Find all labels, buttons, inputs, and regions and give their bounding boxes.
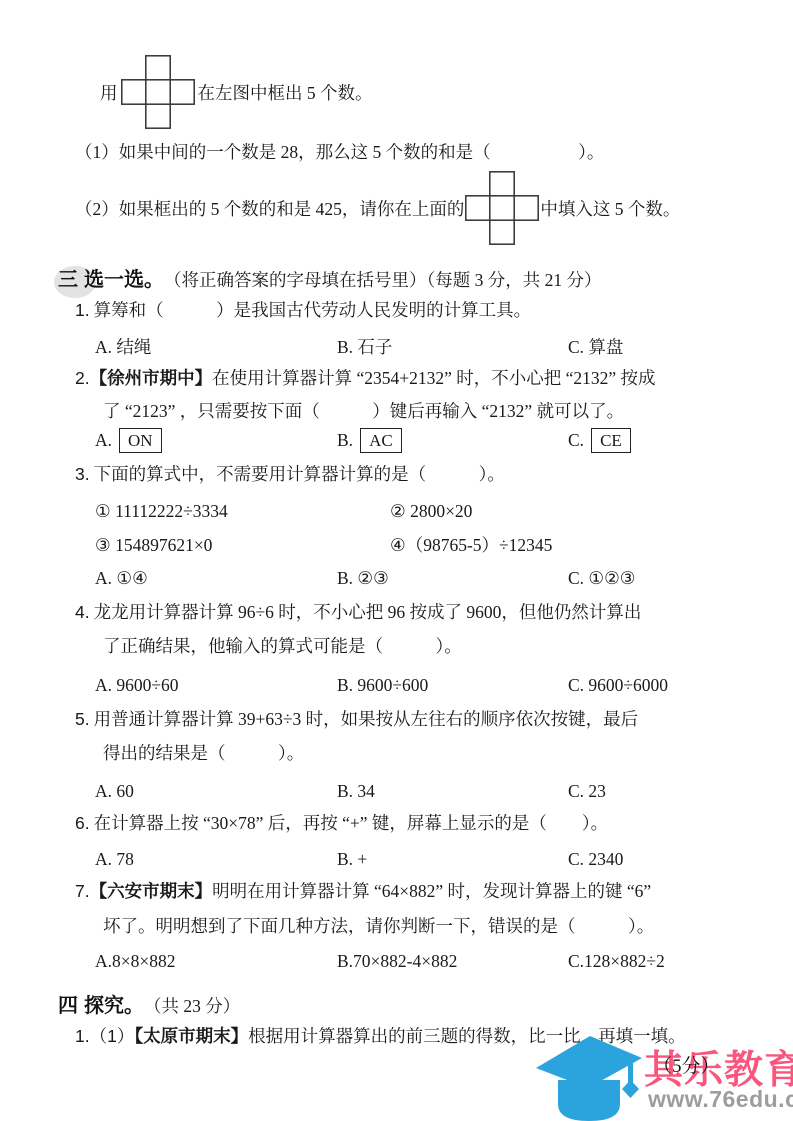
section-three-header: 三 选一选。 （将正确答案的字母填在括号里）（每题 3 分，共 21 分）	[58, 263, 602, 292]
question-5-options: A. 60 B. 34 C. 23	[95, 778, 775, 808]
question-6-text: 在计算器上按 “30×78” 后，再按 “+” 键，屏幕上显示的是（ ）。	[94, 813, 609, 833]
question-7-line-2: 坏了。明明想到了下面几种方法，请你判断一下，错误的是（ ）。	[103, 915, 654, 937]
question-3-number: 3.	[75, 464, 90, 484]
sub-question-1: （1）如果中间的一个数是 28，那么这 5 个数的和是（ ）。	[75, 141, 604, 163]
question-7-number: 7.	[75, 881, 90, 901]
option-c: C. 算盘	[568, 334, 623, 360]
option-b: B.70×882-4×882	[337, 948, 457, 974]
question-5-line-1: 5.用普通计算器计算 39+63÷3 时，如果按从左往右的顺序依次按键，最后	[75, 708, 638, 730]
option-c: C. ①②③	[568, 565, 636, 591]
question-6: 6.在计算器上按 “30×78” 后，再按 “+” 键，屏幕上显示的是（ ）。	[75, 812, 608, 834]
question-7-line-1: 7.【六安市期末】明明在用计算器计算 “64×882” 时，发现计算器上的键 “…	[75, 880, 651, 902]
option-a: A. 78	[95, 846, 134, 872]
explore-question-1-source-tag: 【太原市期末】	[134, 1026, 248, 1046]
option-b: B. AC	[337, 427, 402, 453]
question-2-line-2: 了 “2123” ，只需要按下面（ ）键后再输入 “2132” 就可以了。	[103, 400, 624, 422]
option-c: C.128×882÷2	[568, 948, 665, 974]
expression-2: ② 2800×20	[390, 498, 472, 524]
option-c: C. 23	[568, 778, 606, 804]
expression-1: ① 11112222÷3334	[95, 498, 228, 524]
section-note: （共 23 分）	[144, 993, 240, 1018]
option-b: B. ②③	[337, 565, 389, 591]
option-c-label: C.	[568, 427, 584, 453]
plus-frame-figure	[121, 55, 195, 129]
expression-3: ③ 154897621×0	[95, 532, 212, 558]
option-a: A. 结绳	[95, 334, 151, 360]
question-5-number: 5.	[75, 709, 90, 729]
option-a: A. 60	[95, 778, 134, 804]
calculator-key-ac: AC	[360, 428, 402, 453]
question-2-line-1: 2.【徐州市期中】在使用计算器计算 “2354+2132” 时，不小心把 “21…	[75, 367, 656, 389]
expression-4: ④（98765-5）÷12345	[390, 532, 552, 558]
option-c: C. 2340	[568, 846, 623, 872]
question-7-options: A.8×8×882 B.70×882-4×882 C.128×882÷2	[95, 948, 775, 978]
question-2-source-tag: 【徐州市期中】	[90, 368, 213, 388]
question-7-source-tag: 【六安市期末】	[90, 881, 213, 901]
question-7-text: 明明在用计算器计算 “64×882” 时，发现计算器上的键 “6”	[212, 881, 651, 901]
plus-frame-figure-inline	[465, 171, 539, 245]
section-four-header: 四 探究。 （共 23 分）	[58, 989, 240, 1018]
question-6-number: 6.	[75, 813, 90, 833]
question-5-text: 用普通计算器计算 39+63÷3 时，如果按从左往右的顺序依次按键，最后	[94, 709, 638, 729]
points-hint: （5分）	[653, 1051, 720, 1078]
section-note: （将正确答案的字母填在括号里）（每题 3 分，共 21 分）	[164, 267, 602, 292]
option-a: A.8×8×882	[95, 948, 176, 974]
calculator-key-on: ON	[119, 428, 162, 453]
question-5-line-2: 得出的结果是（ ）。	[103, 742, 304, 764]
option-b-label: B.	[337, 427, 353, 453]
section-number: 四	[58, 989, 78, 1018]
figure-caption-prefix: 用	[100, 80, 118, 105]
question-3-options: A. ①④ B. ②③ C. ①②③	[95, 565, 775, 595]
brand-url: www.76edu.com	[648, 1086, 793, 1113]
question-4-options: A. 9600÷60 B. 9600÷600 C. 9600÷6000	[95, 672, 775, 702]
sub-question-2-after: 中填入这 5 个数。	[540, 196, 680, 221]
question-2-text: 在使用计算器计算 “2354+2132” 时，不小心把 “2132” 按成	[212, 368, 655, 388]
question-6-options: A. 78 B. + C. 2340	[95, 846, 775, 876]
question-4-line-2: 了正确结果，他输入的算式可能是（ ）。	[103, 635, 462, 657]
calculator-key-ce: CE	[591, 428, 631, 453]
question-1-number: 1.	[75, 300, 90, 320]
option-c: C. 9600÷6000	[568, 672, 668, 698]
section-title: 探究。	[84, 989, 144, 1018]
option-a: A. 9600÷60	[95, 672, 179, 698]
question-4-line-1: 4.龙龙用计算器计算 96÷6 时，不小心把 96 按成了 9600，但他仍然计…	[75, 601, 641, 623]
question-2-options: A. ON B. AC C. CE	[95, 427, 775, 457]
option-c: C. CE	[568, 427, 631, 453]
figure-caption-suffix: 在左图中框出 5 个数。	[198, 80, 373, 105]
option-b: B. 石子	[337, 334, 392, 360]
question-3-items-row-1: ① 11112222÷3334 ② 2800×20	[95, 498, 775, 528]
option-a-label: A.	[95, 427, 112, 453]
option-a: A. ON	[95, 427, 162, 453]
section-number: 三	[58, 263, 78, 292]
option-b: B. 34	[337, 778, 375, 804]
option-b: B. +	[337, 846, 367, 872]
worksheet-page: 用 在左图中框出 5 个数。 （1）如果中间的一个数是 28，那么这 5 个数的…	[0, 0, 793, 1121]
option-a: A. ①④	[95, 565, 148, 591]
sub-question-2-before: （2）如果框出的 5 个数的和是 425，请你在上面的	[75, 196, 464, 221]
section-title: 选一选。	[84, 263, 164, 292]
question-3: 3.下面的算式中，不需要用计算器计算的是（ ）。	[75, 463, 505, 485]
question-1: 1.算筹和（ ）是我国古代劳动人民发明的计算工具。	[75, 299, 531, 321]
question-1-options: A. 结绳 B. 石子 C. 算盘	[95, 334, 775, 364]
question-1-text: 算筹和（ ）是我国古代劳动人民发明的计算工具。	[94, 300, 532, 320]
question-2-number: 2.	[75, 368, 90, 388]
question-3-items-row-2: ③ 154897621×0 ④（98765-5）÷12345	[95, 532, 775, 562]
question-3-text: 下面的算式中，不需要用计算器计算的是（ ）。	[94, 464, 505, 484]
option-b: B. 9600÷600	[337, 672, 428, 698]
question-4-text: 龙龙用计算器计算 96÷6 时，不小心把 96 按成了 9600，但他仍然计算出	[94, 602, 642, 622]
explore-question-1-number: 1.（1）	[75, 1026, 134, 1046]
graduation-cap-icon	[536, 1030, 648, 1121]
sub-question-2-row: （2）如果框出的 5 个数的和是 425，请你在上面的 中填入这 5 个数。	[75, 171, 680, 245]
question-4-number: 4.	[75, 602, 90, 622]
top-figure-row: 用 在左图中框出 5 个数。	[100, 55, 373, 129]
